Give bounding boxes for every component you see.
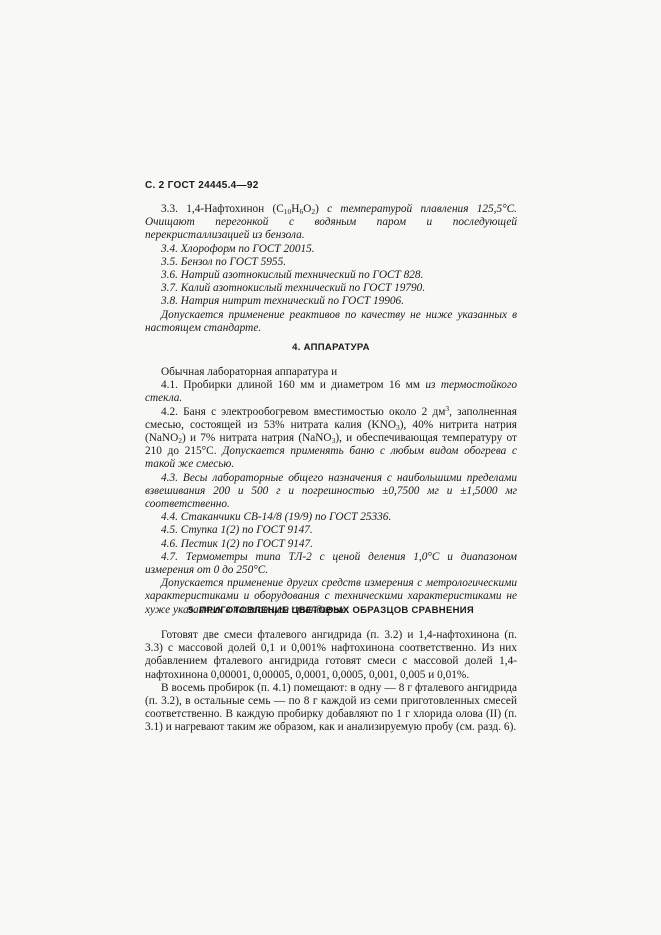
paragraph-5-2: В восемь пробирок (п. 4.1) помещают: в о… (145, 682, 517, 735)
paragraph-4-5: 4.5. Ступка 1(2) по ГОСТ 9147. (145, 524, 517, 537)
paragraph-3-3: 3.3. 1,4-Нафтохинон (C10H6O2) с температ… (145, 203, 517, 243)
apparatus-intro: Обычная лабораторная аппаратура и (145, 366, 517, 379)
section-4: Обычная лабораторная аппаратура и 4.1. П… (145, 366, 517, 617)
document-page: С. 2 ГОСТ 24445.4—92 3.3. 1,4-Нафтохинон… (0, 0, 661, 935)
paragraph-3-5: 3.5. Бензол по ГОСТ 5955. (145, 256, 517, 269)
paragraph-4-1: 4.1. Пробирки длиной 160 мм и диаметром … (145, 379, 517, 405)
paragraph-4-7: 4.7. Термометры типа ТЛ-2 с ценой делени… (145, 551, 517, 577)
paragraph-3-6: 3.6. Натрий азотнокислый технический по … (145, 269, 517, 282)
reagents-note: Допускается применение реактивов по каче… (145, 309, 517, 335)
section-5: Готовят две смеси фталевого ангидрида (п… (145, 629, 517, 735)
section-4-title: 4. АППАРАТУРА (145, 342, 517, 353)
paragraph-4-2: 4.2. Баня с электрообогревом вместимость… (145, 406, 517, 472)
paragraph-3-8: 3.8. Натрия нитрит технический по ГОСТ 1… (145, 295, 517, 308)
paragraph-4-6: 4.6. Пестик 1(2) по ГОСТ 9147. (145, 538, 517, 551)
paragraph-4-3: 4.3. Весы лабораторные общего назначения… (145, 472, 517, 512)
paragraph-5-1: Готовят две смеси фталевого ангидрида (п… (145, 629, 517, 682)
section-3-continued: 3.3. 1,4-Нафтохинон (C10H6O2) с температ… (145, 203, 517, 335)
page-header: С. 2 ГОСТ 24445.4—92 (145, 180, 259, 191)
paragraph-4-4: 4.4. Стаканчики СВ-14/8 (19/9) по ГОСТ 2… (145, 511, 517, 524)
section-5-title: 5. ПРИГОТОВЛЕНИЕ ЦВЕТОВЫХ ОБРАЗЦОВ СРАВН… (145, 605, 517, 616)
paragraph-3-4: 3.4. Хлороформ по ГОСТ 20015. (145, 243, 517, 256)
paragraph-3-7: 3.7. Калий азотнокислый технический по Г… (145, 282, 517, 295)
